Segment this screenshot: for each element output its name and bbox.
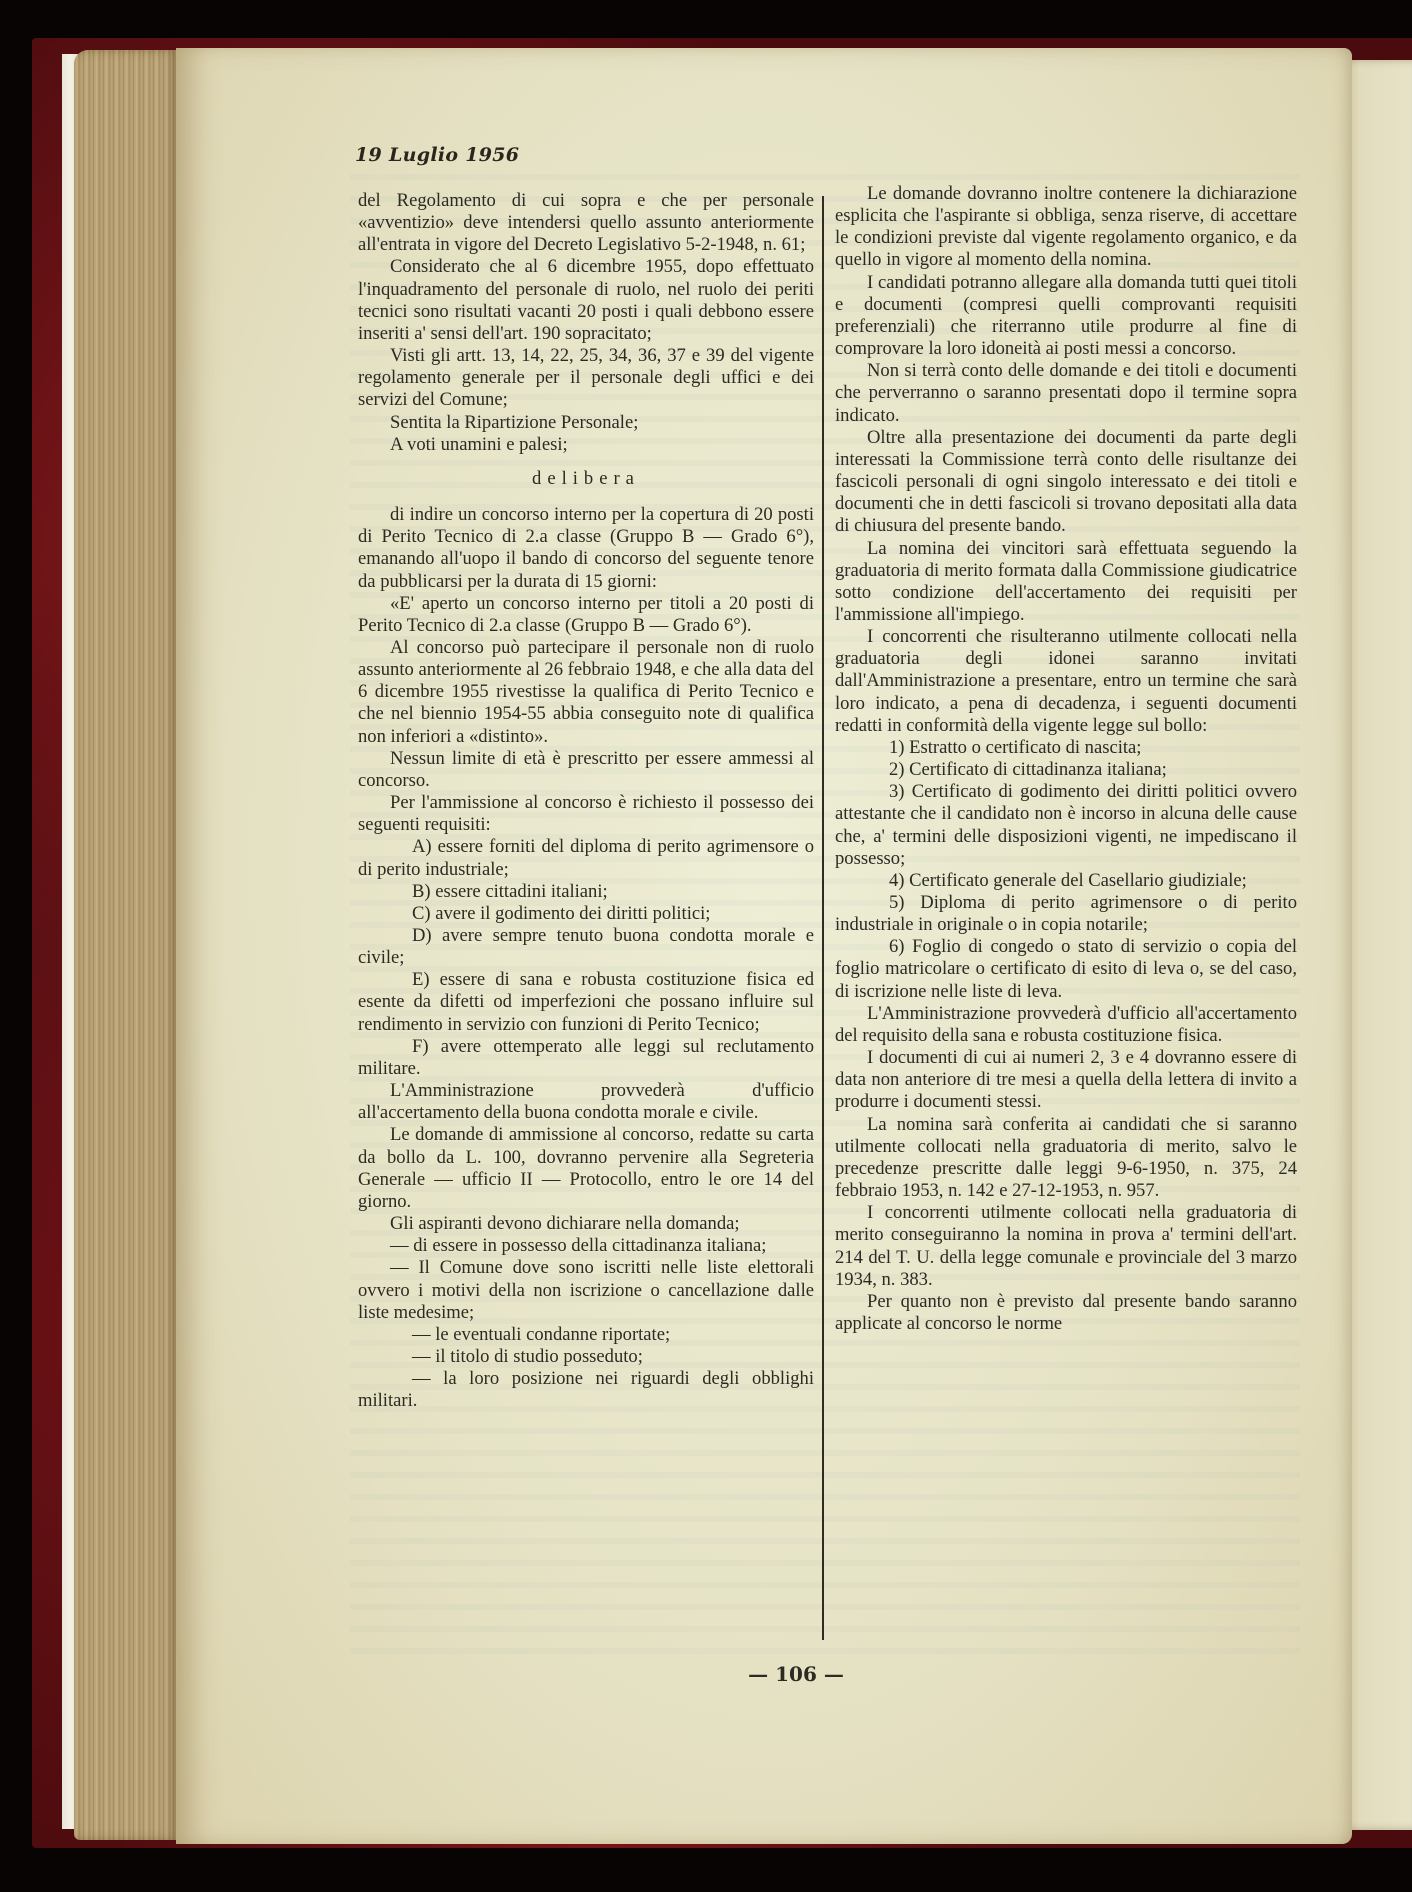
paragraph: Visti gli artt. 13, 14, 22, 25, 34, 36, … — [358, 345, 814, 411]
paragraph: F) avere ottemperato alle leggi sul recl… — [358, 1036, 814, 1080]
paragraph: del Regolamento di cui sopra e che per p… — [358, 190, 814, 256]
paragraph: C) avere il godimento dei diritti politi… — [358, 903, 814, 925]
paragraph: L'Amministrazione provvederà d'ufficio a… — [835, 1003, 1297, 1047]
paragraph: I concorrenti che risulteranno utilmente… — [835, 626, 1297, 737]
paragraph: Sentita la Ripartizione Personale; — [358, 412, 814, 434]
paragraph: Al concorso può partecipare il personale… — [358, 637, 814, 748]
paragraph: Nessun limite di età è prescritto per es… — [358, 748, 814, 792]
paragraph: 4) Certificato generale del Casellario g… — [835, 870, 1297, 892]
paragraph: 1) Estratto o certificato di nascita; — [835, 737, 1297, 759]
column-divider — [822, 196, 824, 1640]
paragraph: Gli aspiranti devono dichiarare nella do… — [358, 1213, 814, 1235]
paragraph: D) avere sempre tenuto buona condotta mo… — [358, 925, 814, 969]
paragraph: L'Amministrazione provvederà d'ufficio a… — [358, 1080, 814, 1124]
running-head-date: 19 Luglio 1956 — [355, 144, 519, 166]
paragraph: Non si terrà conto delle domande e dei t… — [835, 360, 1297, 426]
paragraph: Considerato che al 6 dicembre 1955, dopo… — [358, 256, 814, 345]
paragraph: I candidati potranno allegare alla doman… — [835, 272, 1297, 361]
paragraph: A) essere forniti del diploma di perito … — [358, 836, 814, 880]
paragraph: A voti unamini e palesi; — [358, 434, 814, 456]
paragraph: delibera — [358, 468, 814, 490]
paragraph: I concorrenti utilmente collocati nella … — [835, 1202, 1297, 1291]
book-photo: 19 Luglio 1956 del Regolamento di cui so… — [0, 0, 1412, 1892]
paragraph: 5) Diploma di perito agrimensore o di pe… — [835, 892, 1297, 936]
paragraph: 6) Foglio di congedo o stato di servizio… — [835, 936, 1297, 1002]
paragraph: B) essere cittadini italiani; — [358, 881, 814, 903]
paragraph: E) essere di sana e robusta costituzione… — [358, 969, 814, 1035]
paragraph: «E' aperto un concorso interno per titol… — [358, 593, 814, 637]
paragraph: La nomina dei vincitori sarà effettuata … — [835, 538, 1297, 627]
paragraph: 3) Certificato di godimento dei diritti … — [835, 781, 1297, 870]
paragraph: — di essere in possesso della cittadinan… — [358, 1235, 814, 1257]
right-column: Le domande dovranno inoltre contenere la… — [835, 183, 1297, 1335]
paragraph: — la loro posizione nei riguardi degli o… — [358, 1368, 814, 1412]
paragraph: Le domande dovranno inoltre contenere la… — [835, 183, 1297, 272]
paragraph: La nomina sarà conferita ai candidati ch… — [835, 1114, 1297, 1203]
paragraph: Per l'ammissione al concorso è richiesto… — [358, 792, 814, 836]
page-edges — [74, 50, 179, 1840]
paragraph: Oltre alla presentazione dei documenti d… — [835, 427, 1297, 538]
paragraph: di indire un concorso interno per la cop… — [358, 504, 814, 593]
left-column: del Regolamento di cui sopra e che per p… — [358, 190, 814, 1412]
page-number: — 106 — — [0, 1662, 1412, 1686]
paragraph: Per quanto non è previsto dal presente b… — [835, 1291, 1297, 1335]
paragraph: 2) Certificato di cittadinanza italiana; — [835, 759, 1297, 781]
paragraph: I documenti di cui ai numeri 2, 3 e 4 do… — [835, 1047, 1297, 1113]
paragraph: Le domande di ammissione al concorso, re… — [358, 1124, 814, 1213]
paragraph: — il titolo di studio posseduto; — [358, 1346, 814, 1368]
paragraph: — le eventuali condanne riportate; — [358, 1324, 814, 1346]
paragraph: — Il Comune dove sono iscritti nelle lis… — [358, 1257, 814, 1323]
